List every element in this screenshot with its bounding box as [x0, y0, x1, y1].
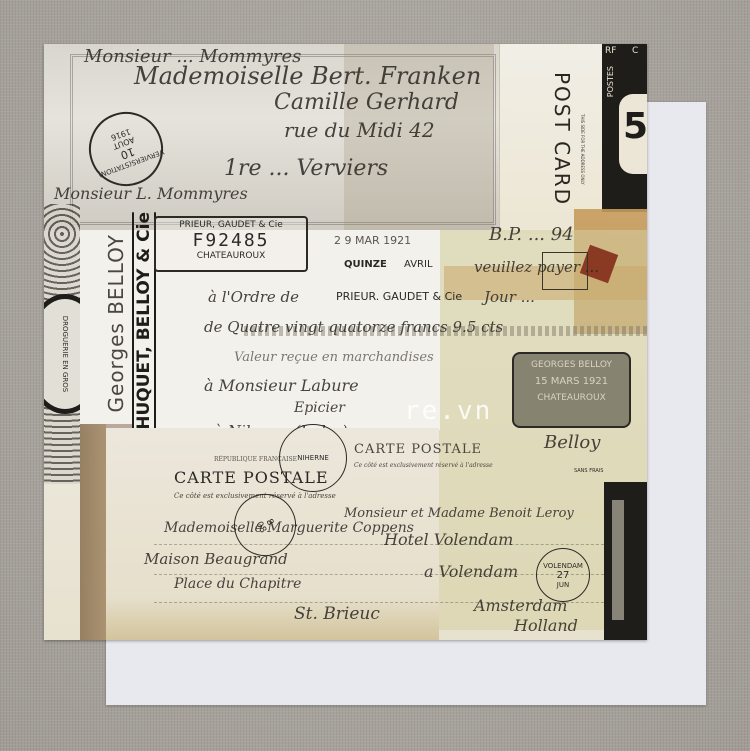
receipt-city: CHATEAUROUX [156, 251, 306, 261]
receipt-number: F92485 [156, 230, 306, 251]
stamp-value-panel: 5 [619, 94, 647, 174]
address-line-maison: Maison Beaugrand [144, 550, 288, 568]
letter-line-6: Monsieur L. Mommyres [54, 184, 248, 203]
cp2-title: CARTE POSTALE [354, 442, 482, 457]
watermark-text: re.vn [404, 396, 492, 426]
stamp-postes-5: RF C POSTES 5 [602, 44, 647, 212]
bill-bp: B.P. ... 94 [489, 224, 574, 245]
scrapbook-paper: Monsieur ... Mommyres Mademoiselle Bert.… [44, 44, 647, 640]
postmark-niherne: NIHERNE [279, 424, 347, 492]
cachet-line-2: 15 MARS 1921 [514, 376, 629, 387]
address-line-st-brieuc: St. Brieuc [294, 604, 380, 624]
label-georges-belloy: Georges BELLOY [104, 234, 128, 412]
letter-line-3: Camille Gerhard [274, 90, 459, 115]
company-print: PRIEUR. GAUDET & Cie [336, 290, 462, 303]
cp2-sans-frais: SANS FRAIS [574, 468, 603, 474]
bill-jour: Jour ... [484, 288, 535, 306]
address-line-holland: Holland [514, 616, 578, 635]
post-card-title: POST CARD [550, 72, 574, 206]
stamp-bottom-panel [612, 500, 624, 620]
bill-valeur: Valeur reçue en marchandises [234, 350, 434, 365]
date-stamp-quinze: QUINZE [344, 259, 387, 270]
date-stamp-date: 2 9 MAR 1921 [334, 234, 411, 247]
address-line-hotel: Hotel Volendam [384, 530, 513, 549]
cp2-note: Ce côté est exclusivement réservé à l'ad… [354, 462, 493, 469]
letter-line-4: rue du Midi 42 [284, 118, 435, 142]
postmark-niherne-name: NIHERNE [297, 454, 329, 462]
postmark-volendam: VOLENDAM 27 JUN [536, 548, 590, 602]
stamp-value: 5 [623, 106, 647, 147]
bill-payer: veuillez payer ... [474, 258, 599, 276]
brown-strip [80, 424, 106, 640]
postmark-volendam-name: VOLENDAM [543, 562, 583, 570]
letter-line-2: Mademoiselle Bert. Franken [134, 62, 481, 90]
bill-epicier: Epicier [294, 400, 345, 416]
cp2-signature: Belloy [544, 432, 600, 453]
stamp-bottom-right [604, 482, 647, 640]
cachet-line-3: CHATEAUROUX [514, 393, 629, 403]
receipt-stamp: PRIEUR, GAUDET & Cie F92485 CHATEAUROUX [154, 216, 308, 272]
stamp-corner-c: C [632, 46, 638, 56]
date-stamp-avril: AVRIL [404, 259, 433, 270]
address-line-leroy: Monsieur et Madame Benoit Leroy [344, 506, 574, 521]
seal-text: DROGUERIE EN GROS [61, 316, 69, 392]
postmark-volendam-day: 27 [557, 570, 570, 581]
bill-ordre: à l'Ordre de [208, 288, 299, 306]
stamp-corner-rf: RF [605, 46, 616, 56]
address-line-place: Place du Chapitre [174, 576, 301, 592]
postmark-volendam-month: JUN [557, 581, 569, 589]
stamp-postes-label: POSTES [606, 66, 615, 97]
address-line-mademoiselle: Mademoiselle Marguerite Coppens [164, 520, 414, 536]
letter-line-5: 1re ... Verviers [224, 156, 388, 181]
cachet-georges-belloy: GEORGES BELLOY 15 MARS 1921 CHATEAUROUX [512, 352, 631, 428]
address-line-volendam: a Volendam [424, 562, 518, 581]
receipt-company: PRIEUR, GAUDET & Cie [156, 220, 306, 230]
bill-monsieur: à Monsieur Labure [204, 376, 359, 395]
cachet-line-1: GEORGES BELLOY [514, 360, 629, 370]
bill-amount: de Quatre vingt quatorze francs 9.5 cts [204, 318, 503, 336]
post-card-subtitle: THIS SIDE FOR THE ADDRESS ONLY [580, 114, 585, 185]
